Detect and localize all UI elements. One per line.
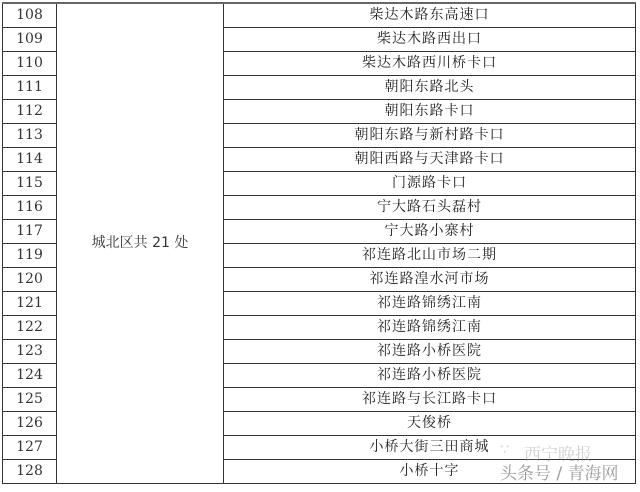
location-cell: 祁连路湟水河市场 xyxy=(224,268,636,292)
location-cell: 祁连路锦绣江南 xyxy=(224,292,636,316)
location-cell: 朝阳西路与天津路卡口 xyxy=(224,148,636,172)
location-cell: 祁连路小桥医院 xyxy=(224,364,636,388)
row-number: 111 xyxy=(3,76,57,100)
row-number: 115 xyxy=(3,172,57,196)
row-number: 123 xyxy=(3,340,57,364)
location-cell: 祁连路与长江路卡口 xyxy=(224,388,636,412)
row-number: 126 xyxy=(3,412,57,436)
row-number: 112 xyxy=(3,100,57,124)
row-number: 114 xyxy=(3,148,57,172)
location-cell: 宁大路石头磊村 xyxy=(224,196,636,220)
row-number: 128 xyxy=(3,460,57,484)
locations-table: 108 城北区共 21 处 柴达木路东高速口 109 柴达木路西出口 110 柴… xyxy=(2,2,636,484)
location-cell: 柴达木路东高速口 xyxy=(224,3,636,28)
row-number: 120 xyxy=(3,268,57,292)
row-number: 124 xyxy=(3,364,57,388)
location-cell: 小桥十字 xyxy=(224,460,636,484)
row-number: 125 xyxy=(3,388,57,412)
row-number: 119 xyxy=(3,244,57,268)
row-number: 122 xyxy=(3,316,57,340)
location-cell: 小桥大街三田商城 xyxy=(224,436,636,460)
locations-table-container: 108 城北区共 21 处 柴达木路东高速口 109 柴达木路西出口 110 柴… xyxy=(2,2,636,484)
row-number: 108 xyxy=(3,3,57,28)
district-cell: 城北区共 21 处 xyxy=(57,3,224,484)
location-cell: 祁连路小桥医院 xyxy=(224,340,636,364)
location-cell: 祁连路锦绣江南 xyxy=(224,316,636,340)
row-number: 127 xyxy=(3,436,57,460)
location-cell: 柴达木路西出口 xyxy=(224,28,636,52)
location-cell: 门源路卡口 xyxy=(224,172,636,196)
table-row: 108 城北区共 21 处 柴达木路东高速口 xyxy=(3,3,636,28)
row-number: 117 xyxy=(3,220,57,244)
row-number: 116 xyxy=(3,196,57,220)
location-cell: 宁大路小寨村 xyxy=(224,220,636,244)
location-cell: 祁连路北山市场二期 xyxy=(224,244,636,268)
row-number: 109 xyxy=(3,28,57,52)
location-cell: 柴达木路西川桥卡口 xyxy=(224,52,636,76)
location-cell: 朝阳东路与新村路卡口 xyxy=(224,124,636,148)
location-cell: 朝阳东路卡口 xyxy=(224,100,636,124)
row-number: 113 xyxy=(3,124,57,148)
location-cell: 天俊桥 xyxy=(224,412,636,436)
row-number: 110 xyxy=(3,52,57,76)
row-number: 121 xyxy=(3,292,57,316)
location-cell: 朝阳东路北头 xyxy=(224,76,636,100)
